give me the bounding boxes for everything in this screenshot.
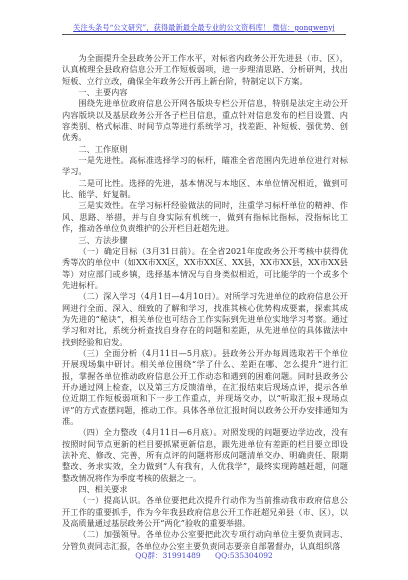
footer-contact: QQ群：31991489 QQ:535304092 xyxy=(0,550,408,561)
paragraph: 二是可比性。选择的先进，基本情况与本地区、本单位情况相近，做到可比、能学、好复制… xyxy=(62,178,348,201)
section-heading-1: 一、主要内容 xyxy=(62,87,348,98)
document-body: 为全面提升全县政务公开工作水平，对标省内政务公开先进县（市、区），认真梳理全县政… xyxy=(62,53,348,552)
paragraph: 围绕先进单位政府信息公开网各版块专栏公开信息，特别是法定主动公开内容版块以及基层… xyxy=(62,98,348,143)
paragraph: （四）全力整改（4月11日—6月底）。对照发现的问题要边学边改，没有按照时间节点… xyxy=(62,427,348,484)
header-divider xyxy=(62,34,346,35)
section-heading-4: 四、相关要求 xyxy=(62,484,348,495)
paragraph: （二）加强领导。各单位办公室要把此次专项行动向单位主要负责同志、分管负责同志汇报… xyxy=(62,529,348,552)
paragraph: （一）确定目标（3月31日前）。在全省2021年度政务公开考核中获得优秀等次的单… xyxy=(62,246,348,291)
qq-group: QQ群：31991489 xyxy=(135,551,200,560)
paragraph: （三）全面分析（4月11日—5月底）。县政务公开办每周选取若干个单位开展现场集中… xyxy=(62,348,348,427)
header-banner: 关注头条号“公文研究”，获得最新最全最专业的公文资料库！ 微信：gongweny… xyxy=(62,23,346,33)
qq-number: QQ:535304092 xyxy=(215,551,273,560)
intro-paragraph: 为全面提升全县政务公开工作水平，对标省内政务公开先进县（市、区），认真梳理全县政… xyxy=(62,53,348,87)
paragraph: 一是先进性。高标准选择学习的标杆，瞄准全省范围内先进单位进行对标学习。 xyxy=(62,155,348,178)
section-heading-2: 二、工作原则 xyxy=(62,144,348,155)
paragraph: 三是实效性。在学习标杆经验做法的同时，注重学习标杆单位的精神、作风、思路、举措，… xyxy=(62,200,348,234)
paragraph: （二）深入学习（4月1日—4月10日）。对所学习先进单位的政府信息公开网进行全面… xyxy=(62,291,348,348)
section-heading-3: 三、方法步骤 xyxy=(62,235,348,246)
paragraph: （一）提高认识。各单位要把此次提升行动作为当前推动我市政府信息公开工作的重要抓手… xyxy=(62,495,348,529)
